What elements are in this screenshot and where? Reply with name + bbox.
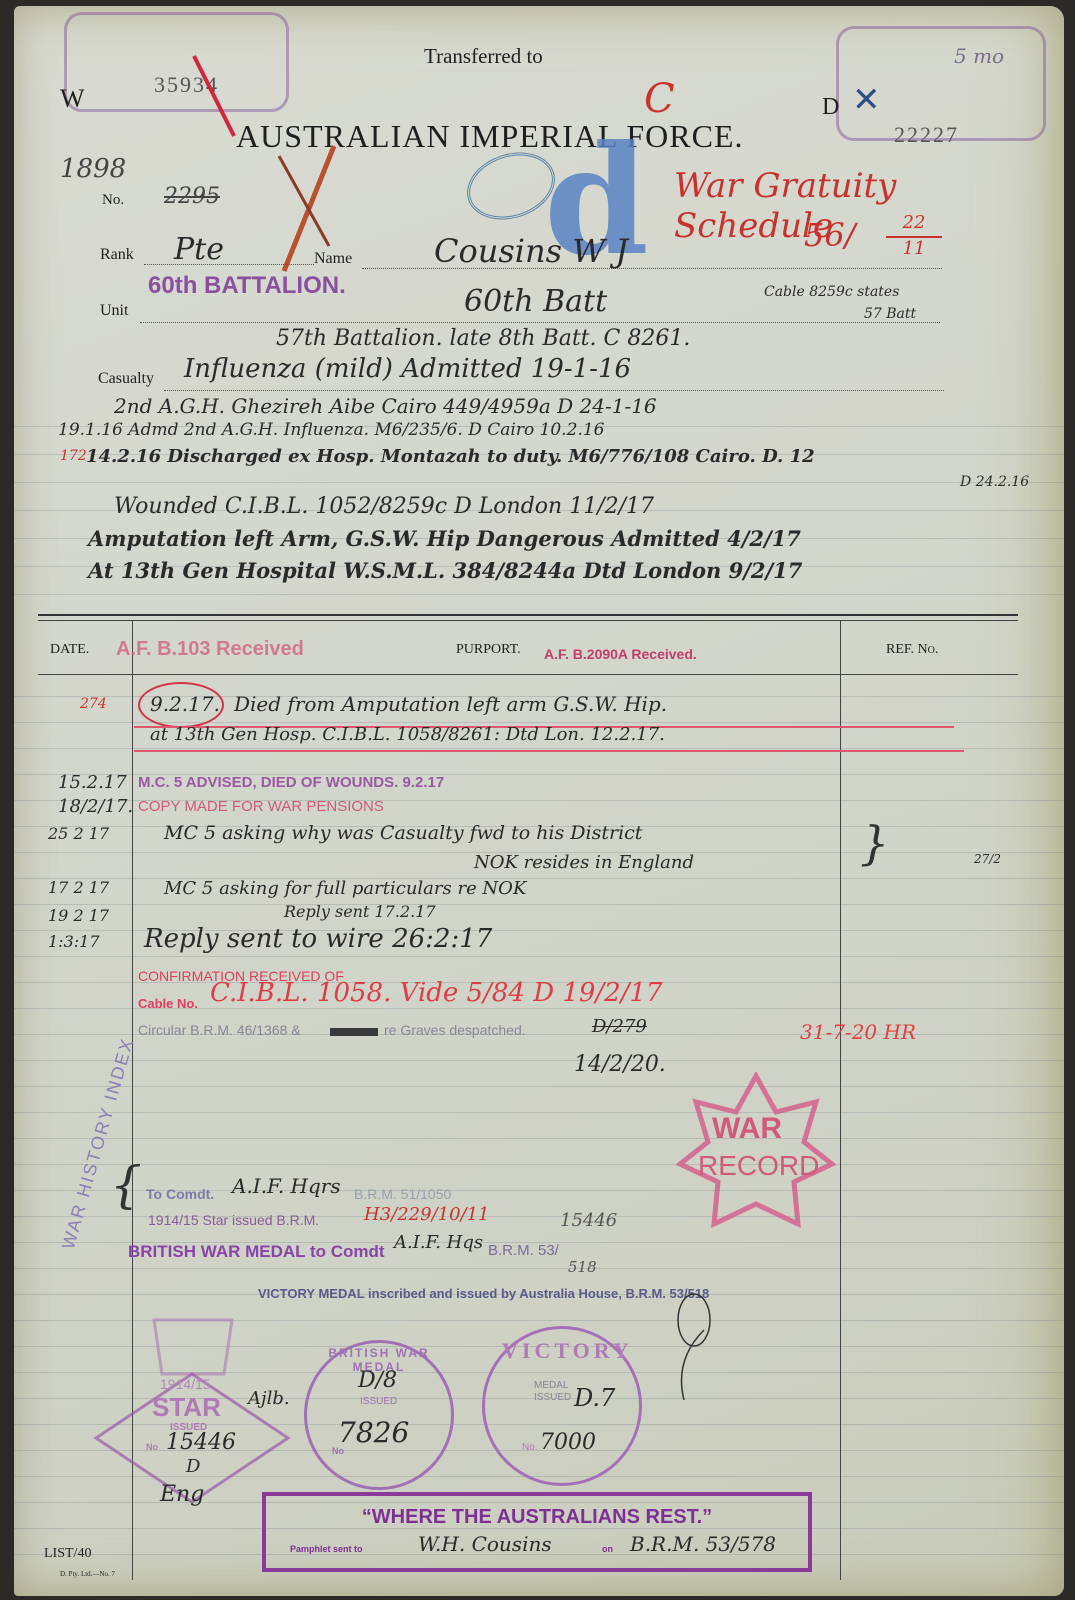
casualty-line: Amputation left Arm, G.S.W. Hip Dangerou…	[88, 526, 801, 551]
initials: Ajlb.	[248, 1388, 290, 1409]
circular-value: D/279	[592, 1016, 647, 1037]
war-record-line1: WAR	[712, 1112, 782, 1146]
bwm-stamp-number: 7826	[338, 1416, 409, 1449]
row-text: MC 5 asking for full particulars re NOK	[164, 878, 526, 899]
unit-note-line2: 57 Batt	[864, 306, 916, 322]
rank-value: Pte	[174, 232, 224, 267]
star-stamp-number: 15446	[166, 1430, 236, 1455]
star-stamp-no-label: No	[146, 1442, 158, 1452]
casualty-line: 14.2.16 Discharged ex Hosp. Montazah to …	[86, 446, 815, 467]
to-comdt-value: A.I.F. Hqrs	[232, 1174, 341, 1198]
row-date: 18/2/17.	[58, 796, 133, 817]
pamphlet-label: Pamphlet sent to	[290, 1544, 363, 1554]
unit-label: Unit	[100, 302, 128, 320]
no-label: No.	[102, 192, 124, 209]
war-record-line2: RECORD	[698, 1150, 819, 1182]
casualty-line: Influenza (mild) Admitted 19-1-16	[184, 354, 631, 384]
bwm-ref: B.R.M. 53/	[488, 1242, 559, 1259]
rank-label: Rank	[100, 246, 134, 264]
victory-stamp-issued: ISSUED	[534, 1392, 571, 1403]
row-text: Reply sent to wire 26:2:17	[144, 924, 492, 954]
af-b103-stamp: A.F. B.103 Received	[116, 638, 304, 661]
on-label: on	[602, 1544, 613, 1554]
casualty-line: 19.1.16 Admd 2nd A.G.H. Influenza. M6/23…	[58, 420, 604, 440]
d-label: D	[822, 94, 839, 121]
row-text: Died from Amputation left arm G.S.W. Hip…	[234, 692, 667, 716]
to-comdt-label: To Comdt.	[146, 1186, 214, 1202]
unit-line2: 57th Battalion. late 8th Batt. C 8261.	[276, 326, 690, 351]
victory-stamp-number: 7000	[540, 1430, 596, 1455]
row-date: 1:3:17	[48, 932, 100, 951]
row-margin: 274	[80, 696, 107, 712]
brace-mark: {	[110, 1156, 142, 1214]
star-issued-label: 1914/15 Star issued B.R.M.	[148, 1212, 319, 1228]
row-text: M.C. 5 ADVISED, DIED OF WOUNDS. 9.2.17	[138, 774, 444, 791]
casualty-line: At 13th Gen Hospital W.S.M.L. 384/8244a …	[88, 558, 802, 583]
row-text: NOK resides in England	[474, 852, 694, 873]
transferred-to-label: Transferred to	[424, 44, 543, 69]
victory-stamp-medal: MEDAL	[534, 1380, 568, 1391]
record-prefix: 1898	[60, 154, 126, 184]
bwm-ref-value: 518	[568, 1258, 597, 1276]
cable-value: C.I.B.L. 1058. Vide 5/84 D 19/2/17	[210, 978, 663, 1008]
star-number: 15446	[560, 1210, 617, 1231]
casualty-line: D 24.2.16	[960, 474, 1029, 490]
casualty-label: Casualty	[98, 370, 154, 388]
name-label: Name	[314, 250, 352, 268]
d-number: 22227	[894, 122, 959, 148]
gratuity-ref: 56/	[804, 216, 856, 254]
header-underline	[38, 674, 1018, 675]
ref-column-divider	[840, 620, 841, 1580]
star-issued-value: H3/229/10/11	[364, 1204, 490, 1225]
bwm-stamp-value-top: D/8	[358, 1368, 397, 1393]
gratuity-frac-top: 22	[894, 212, 934, 233]
victory-medal-text: VICTORY MEDAL inscribed and issued by Au…	[258, 1286, 709, 1301]
printer-mark: D. Pty. Ltd.—No. 7	[60, 1570, 115, 1578]
casualty-line: 2nd A.G.H. Ghezireh Aibe Cairo 449/4959a…	[114, 394, 657, 418]
bwm-label: BRITISH WAR MEDAL to Comdt	[128, 1242, 385, 1262]
bwm-stamp-issued: ISSUED	[360, 1396, 397, 1407]
row-date: 25 2 17	[48, 824, 109, 843]
war-history-index-stamp: WAR HISTORY INDEX	[58, 1035, 139, 1252]
signed-date: 14/2/20.	[574, 1052, 666, 1077]
circular-text: Circular B.R.M. 46/1368 &	[138, 1022, 301, 1038]
row-text: MC 5 asking why was Casualty fwd to his …	[164, 822, 642, 844]
unit-note-line1: Cable 8259c states	[764, 284, 899, 300]
row-date: 9.2.17.	[150, 692, 220, 716]
bwm-value: A.I.F. Hqs	[394, 1232, 483, 1253]
af-b2090a-stamp: A.F. B.2090A Received.	[544, 646, 697, 662]
ref-no-header: REF. No.	[886, 642, 938, 658]
war-gratuity-note: War Gratuity Schedule	[674, 166, 1064, 246]
row-date: 15.2.17	[58, 772, 127, 793]
rest-stamp-title: “WHERE THE AUSTRALIANS REST.”	[284, 1506, 790, 1529]
table-top-border	[38, 614, 1018, 616]
row-text: COPY MADE FOR WAR PENSIONS	[138, 798, 384, 815]
victory-stamp-no-label: No.	[522, 1442, 538, 1453]
row-text: at 13th Gen Hosp. C.I.B.L. 1058/8261: Dt…	[150, 724, 665, 745]
redacted-text	[330, 1028, 378, 1036]
casualty-line: Wounded C.I.B.L. 1052/8259c D London 11/…	[114, 494, 654, 519]
purport-header: PURPORT.	[456, 642, 521, 658]
star-stamp-d: D	[186, 1456, 200, 1477]
on-value: B.R.M. 53/578	[630, 1532, 776, 1556]
circular-text-2: re Graves despatched.	[384, 1022, 526, 1038]
victory-stamp-value-top: D.7	[574, 1384, 615, 1412]
unit-stamp: 60th BATTALION.	[148, 272, 346, 300]
ref-note: 27/2	[974, 852, 1001, 866]
unit-value: 60th Batt	[464, 284, 607, 319]
date-header: DATE.	[50, 642, 89, 658]
row-date: 19 2 17	[48, 906, 109, 925]
red-date-note: 31-7-20 HR	[800, 1020, 916, 1044]
d-note: 5 mo	[954, 44, 1004, 68]
table-top-border-inner	[38, 620, 1018, 621]
victory-stamp-ring: VICTORY	[502, 1338, 622, 1364]
row-date: 17 2 17	[48, 878, 109, 897]
signature-mark	[664, 1290, 734, 1410]
blue-x-mark: ✕	[852, 80, 881, 120]
brace-mark: }	[860, 816, 889, 870]
pamphlet-to: W.H. Cousins	[418, 1532, 552, 1556]
name-value: Cousins W J	[434, 232, 628, 270]
gratuity-frac-bottom: 11	[894, 238, 934, 259]
star-stamp-title: STAR	[152, 1392, 221, 1423]
list-number: LIST/40	[44, 1546, 91, 1562]
star-stamp-eng: Eng	[160, 1482, 204, 1507]
row-text: Reply sent 17.2.17	[284, 902, 436, 921]
cable-label: Cable No.	[138, 996, 198, 1011]
red-underline	[134, 750, 964, 752]
w-label: W	[60, 84, 85, 114]
margin-note: 172	[60, 448, 87, 464]
service-record-page: W 35934 Transferred to AUSTRALIAN IMPERI…	[14, 6, 1064, 1596]
to-comdt-ref: B.R.M. 51/1050	[354, 1186, 451, 1202]
star-stamp-year: 1914/15	[160, 1376, 211, 1392]
